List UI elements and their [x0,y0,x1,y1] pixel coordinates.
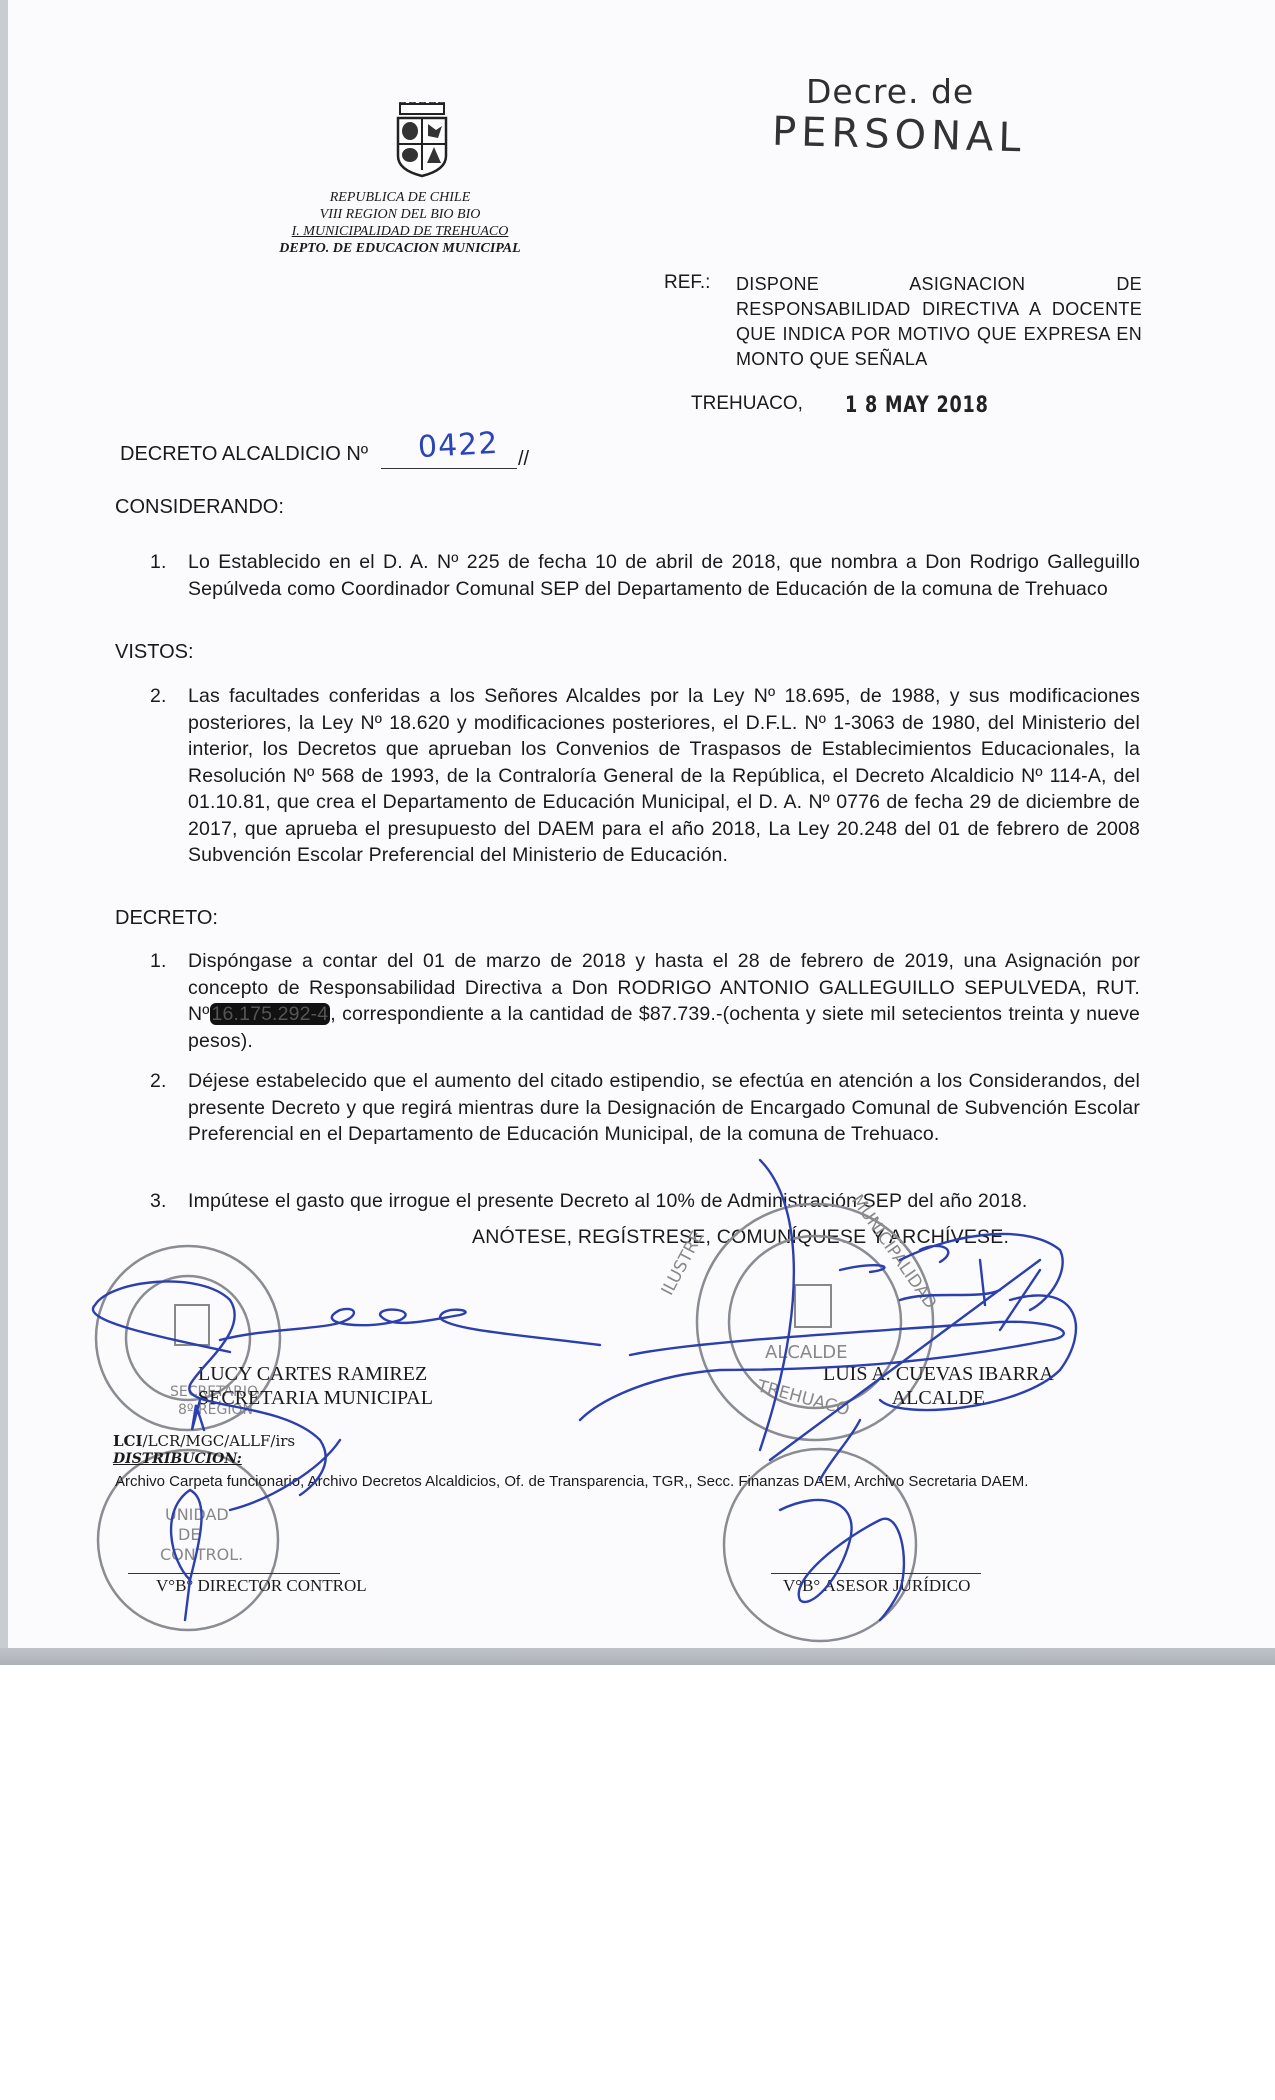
stamp-decree-type-line2: PERSONAL [771,109,1026,162]
closing-formula: ANÓTESE, REGÍSTRESE, COMUNÍQUESE Y ARCHÍ… [472,1226,1009,1249]
reference-label: REF.: [664,272,710,294]
decreto-item-1: 1. Dispóngase a contar del 01 de marzo d… [150,948,1140,1054]
date-stamp: 1 8 MAY 2018 [845,393,989,418]
item-text: Lo Establecido en el D. A. Nº 225 de fec… [188,549,1140,602]
item-text: Dispóngase a contar del 01 de marzo de 2… [188,948,1140,1054]
considerando-item-1: 1. Lo Establecido en el D. A. Nº 225 de … [150,549,1140,602]
item-number: 2. [150,1068,167,1095]
signature-block-mayor: LUIS A. CUEVAS IBARRA ALCALDE [823,1362,1054,1410]
item-number: 1. [150,948,167,975]
item-number: 3. [150,1188,167,1215]
city: TREHUACO, [691,393,803,415]
vistos-item-2: 2. Las facultades conferidas a los Señor… [150,683,1140,869]
section-decreto: DECRETO: [115,907,218,930]
item-text: Déjese estabelecido que el aumento del c… [188,1068,1140,1148]
stamp-decree-type-line1: Decre. de [806,72,974,111]
item-text: Las facultades conferidas a los Señores … [188,683,1140,869]
signer-title: SECRETARIA MUNICIPAL [198,1386,433,1410]
approval-legal-advisor: V°B° ASESOR JURÍDICO [783,1576,970,1596]
signer-name: LUCY CARTES RAMIREZ [198,1362,433,1386]
item-number: 1. [150,549,167,576]
decree-number-line [381,468,517,469]
redacted-rut: 16.175.292-4 [210,1003,331,1025]
header-department: DEPTO. DE EDUCACION MUNICIPAL [200,240,600,257]
header-republic: REPUBLICA DE CHILE [200,189,600,206]
header-region: VIII REGION DEL BIO BIO [200,206,600,223]
reference-text: DISPONE ASIGNACION DE RESPONSABILIDAD DI… [736,272,1142,372]
signature-block-secretary: LUCY CARTES RAMIREZ SECRETARIA MUNICIPAL [198,1362,433,1410]
decree-number-handwritten: 0422 [417,426,499,465]
scan-edge-shadow [0,1648,1275,1665]
section-considerando: CONSIDERANDO: [115,496,284,519]
approval-line-legal [771,1573,981,1574]
approval-director-control: V°B° DIRECTOR CONTROL [156,1576,367,1596]
approval-line-control [128,1573,340,1574]
item-text: Impútese el gasto que irrogue el present… [188,1188,1140,1215]
distribution-list: Archivo Carpeta funcionario, Archivo Dec… [115,1473,1028,1490]
municipal-crest-icon [392,102,452,178]
drafter-initials: LCI/LCR/MGC/ALLF/irs [113,1432,295,1450]
signer-name: LUIS A. CUEVAS IBARRA [823,1362,1054,1386]
distribution-label: DISTRIBUCION: [113,1451,242,1467]
header-municipality: I. MUNICIPALIDAD DE TREHUACO [200,223,600,240]
signer-title: ALCALDE [823,1386,1054,1410]
decree-number-label: DECRETO ALCALDICIO Nº [120,443,368,466]
decreto-item-2: 2. Déjese estabelecido que el aumento de… [150,1068,1140,1148]
section-vistos: VISTOS: [115,641,194,664]
item-number: 2. [150,683,167,710]
decree-number-suffix: // [518,448,529,471]
decreto-item-3: 3. Impútese el gasto que irrogue el pres… [150,1188,1140,1215]
